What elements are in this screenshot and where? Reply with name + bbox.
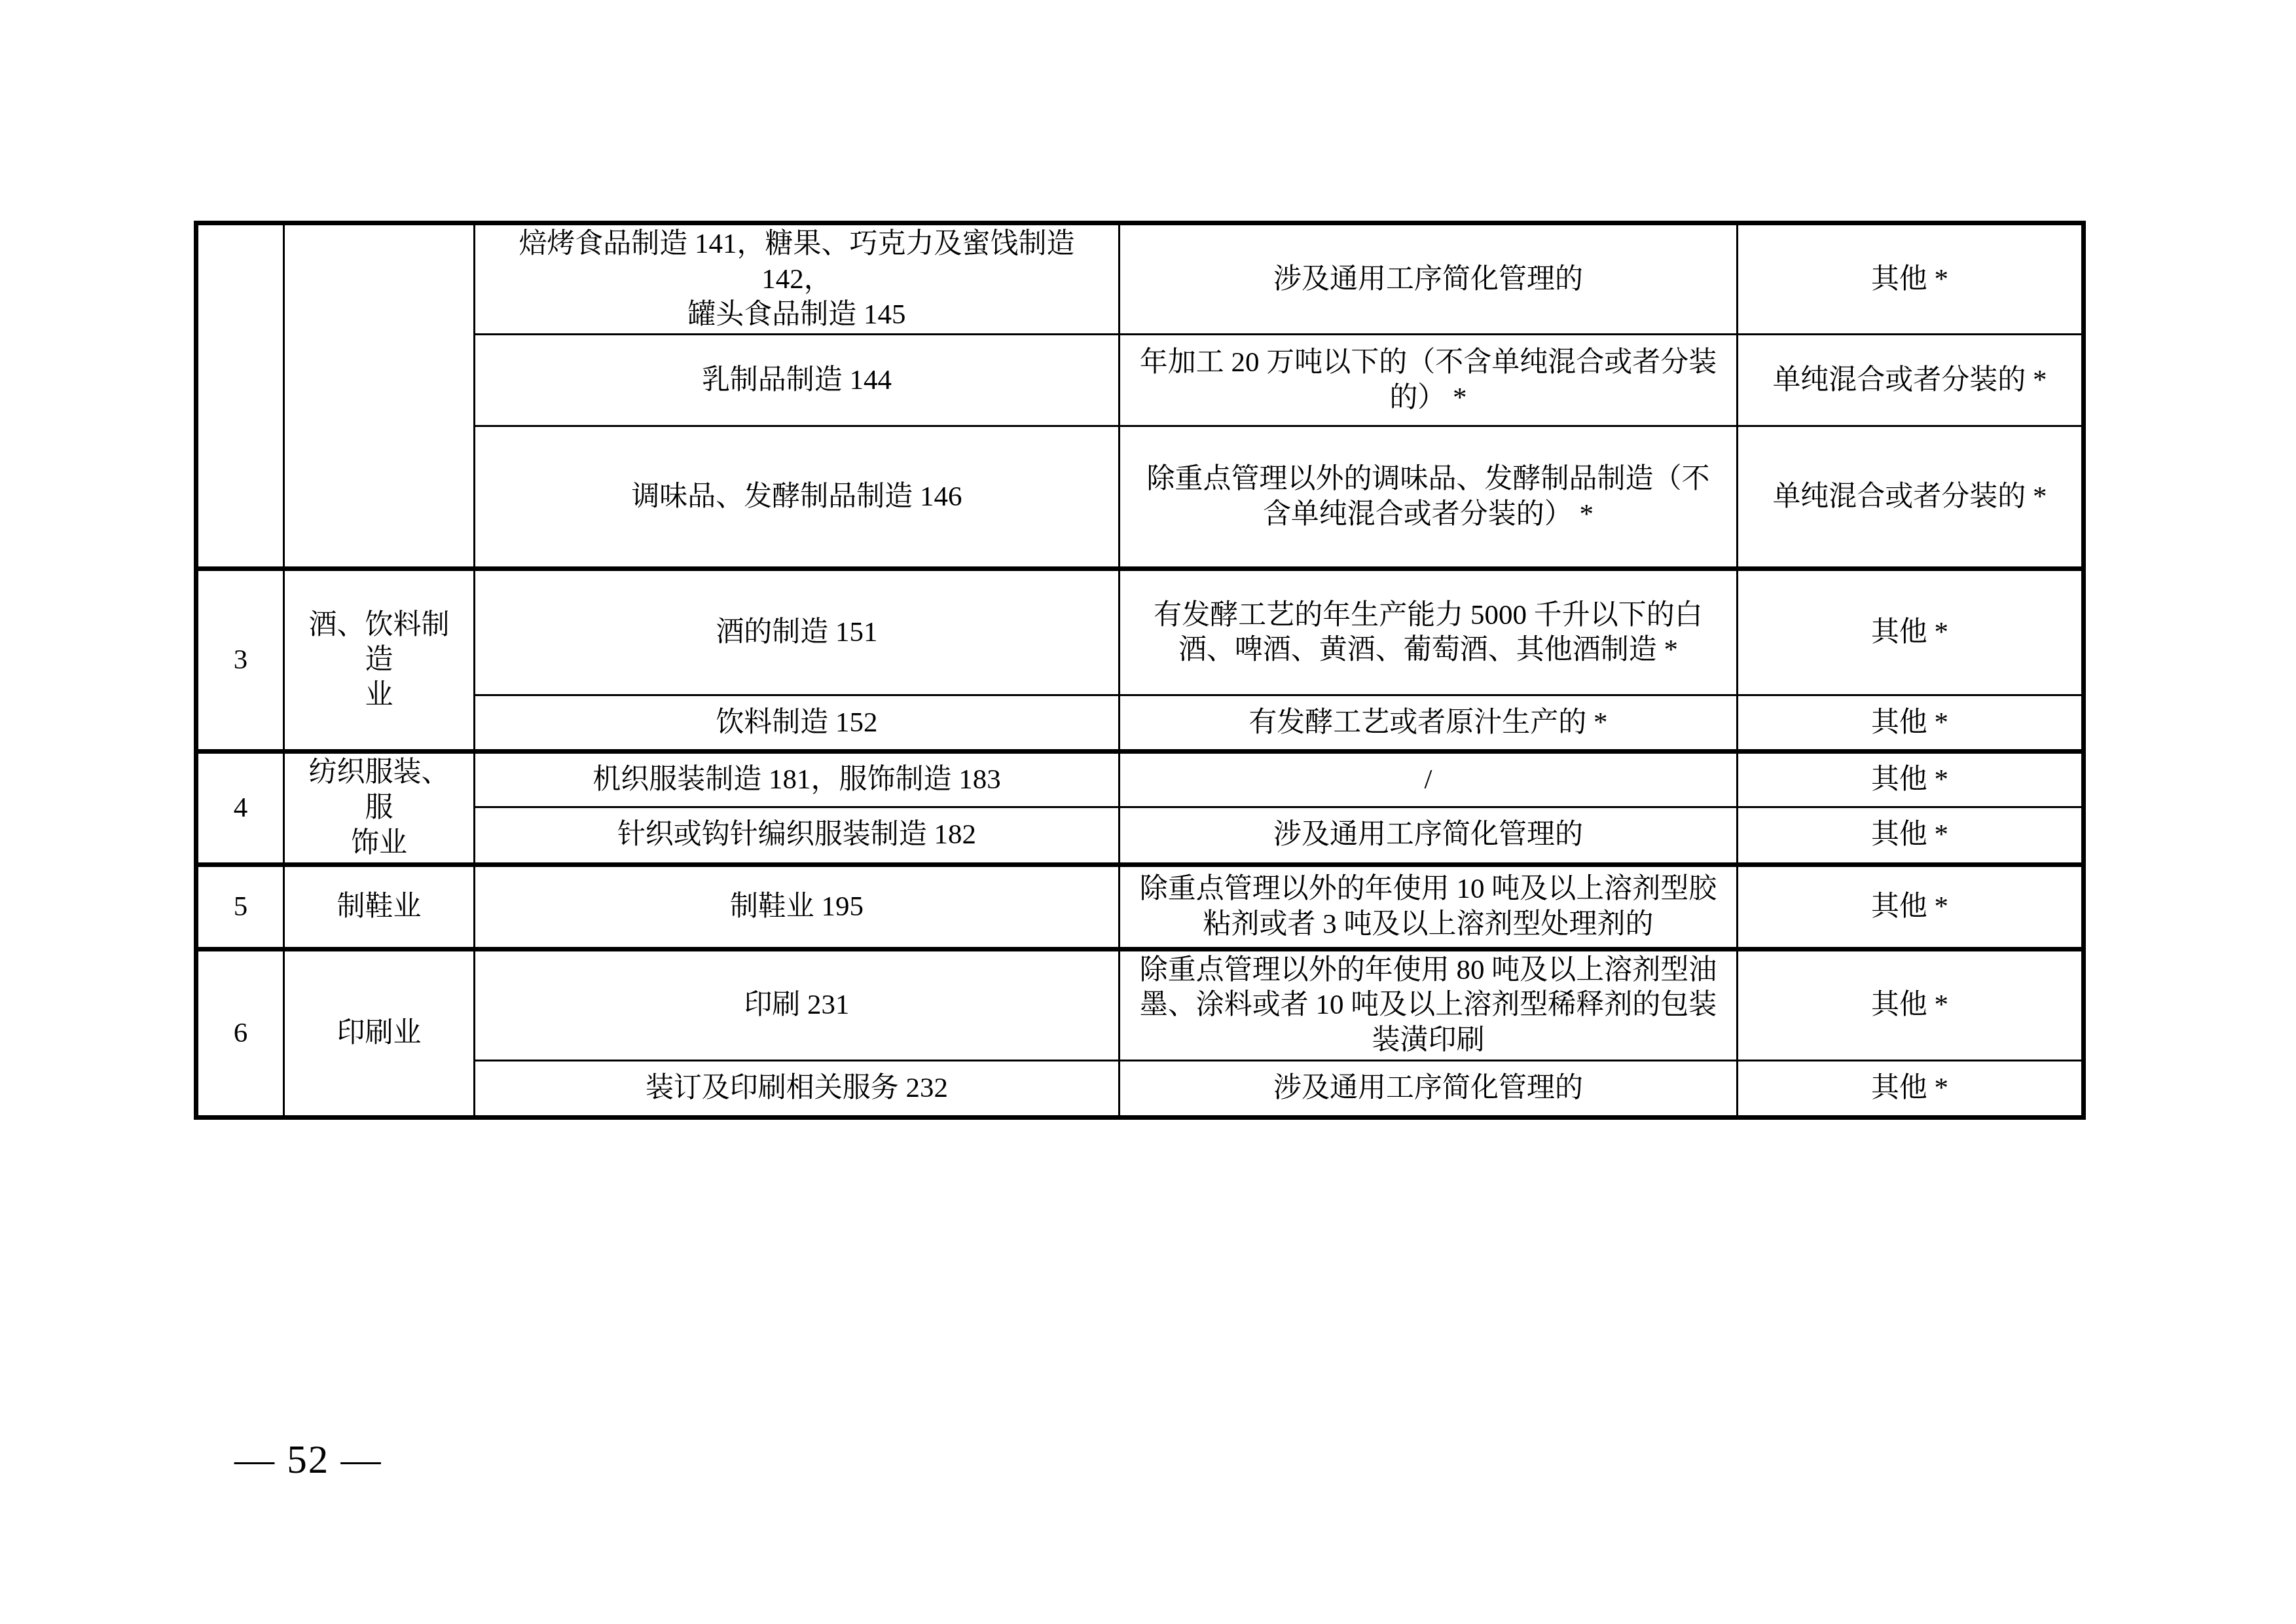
sub-industry-cell: 调味品、发酵制品制造 146	[475, 426, 1120, 569]
condition-cell: 除重点管理以外的年使用 10 吨及以上溶剂型胶 粘剂或者 3 吨及以上溶剂型处理…	[1120, 864, 1738, 949]
document-page: 焙烤食品制造 141，糖果、巧克力及蜜饯制造 142， 罐头食品制造 145 涉…	[0, 0, 2296, 1624]
seq-cell	[196, 223, 284, 569]
condition-cell: 涉及通用工序简化管理的	[1120, 807, 1738, 864]
table-row: 5 制鞋业 制鞋业 195 除重点管理以外的年使用 10 吨及以上溶剂型胶 粘剂…	[196, 864, 2084, 949]
sub-industry-cell: 印刷 231	[475, 949, 1120, 1060]
table-row: 4 纺织服装、服 饰业 机织服装制造 181，服饰制造 183 / 其他 *	[196, 752, 2084, 807]
table-row: 针织或钩针编织服装制造 182 涉及通用工序简化管理的 其他 *	[196, 807, 2084, 864]
industry-cell: 制鞋业	[284, 864, 475, 949]
table-row: 饮料制造 152 有发酵工艺或者原汁生产的 * 其他 *	[196, 695, 2084, 752]
table-row: 3 酒、饮料制造 业 酒的制造 151 有发酵工艺的年生产能力 5000 千升以…	[196, 569, 2084, 695]
condition-cell: 有发酵工艺或者原汁生产的 *	[1120, 695, 1738, 752]
category-cell: 其他 *	[1738, 695, 2084, 752]
condition-cell: 年加工 20 万吨以下的（不含单纯混合或者分装 的） *	[1120, 335, 1738, 426]
category-cell: 其他 *	[1738, 752, 2084, 807]
condition-cell: 涉及通用工序简化管理的	[1120, 1060, 1738, 1117]
table-row: 6 印刷业 印刷 231 除重点管理以外的年使用 80 吨及以上溶剂型油 墨、涂…	[196, 949, 2084, 1060]
industry-cell: 纺织服装、服 饰业	[284, 752, 475, 864]
category-cell: 其他 *	[1738, 949, 2084, 1060]
industry-cell: 酒、饮料制造 业	[284, 569, 475, 752]
category-cell: 其他 *	[1738, 1060, 2084, 1117]
table-row: 调味品、发酵制品制造 146 除重点管理以外的调味品、发酵制品制造（不 含单纯混…	[196, 426, 2084, 569]
sub-industry-cell: 装订及印刷相关服务 232	[475, 1060, 1120, 1117]
table-row: 焙烤食品制造 141，糖果、巧克力及蜜饯制造 142， 罐头食品制造 145 涉…	[196, 223, 2084, 335]
table-row: 乳制品制造 144 年加工 20 万吨以下的（不含单纯混合或者分装 的） * 单…	[196, 335, 2084, 426]
sub-industry-cell: 饮料制造 152	[475, 695, 1120, 752]
condition-cell: 除重点管理以外的调味品、发酵制品制造（不 含单纯混合或者分装的） *	[1120, 426, 1738, 569]
seq-cell: 3	[196, 569, 284, 752]
category-cell: 单纯混合或者分装的 *	[1738, 335, 2084, 426]
seq-cell: 5	[196, 864, 284, 949]
sub-industry-cell: 焙烤食品制造 141，糖果、巧克力及蜜饯制造 142， 罐头食品制造 145	[475, 223, 1120, 335]
sub-industry-cell: 机织服装制造 181，服饰制造 183	[475, 752, 1120, 807]
category-cell: 单纯混合或者分装的 *	[1738, 426, 2084, 569]
condition-cell: 有发酵工艺的年生产能力 5000 千升以下的白 酒、啤酒、黄酒、葡萄酒、其他酒制…	[1120, 569, 1738, 695]
page-number: — 52 —	[234, 1438, 382, 1482]
seq-cell: 4	[196, 752, 284, 864]
category-cell: 其他 *	[1738, 569, 2084, 695]
category-cell: 其他 *	[1738, 807, 2084, 864]
category-cell: 其他 *	[1738, 864, 2084, 949]
sub-industry-cell: 针织或钩针编织服装制造 182	[475, 807, 1120, 864]
category-cell: 其他 *	[1738, 223, 2084, 335]
condition-cell: /	[1120, 752, 1738, 807]
sub-industry-cell: 制鞋业 195	[475, 864, 1120, 949]
sub-industry-cell: 乳制品制造 144	[475, 335, 1120, 426]
seq-cell: 6	[196, 949, 284, 1117]
industry-cell	[284, 223, 475, 569]
industry-cell: 印刷业	[284, 949, 475, 1117]
condition-cell: 涉及通用工序简化管理的	[1120, 223, 1738, 335]
sub-industry-cell: 酒的制造 151	[475, 569, 1120, 695]
condition-cell: 除重点管理以外的年使用 80 吨及以上溶剂型油 墨、涂料或者 10 吨及以上溶剂…	[1120, 949, 1738, 1060]
table-row: 装订及印刷相关服务 232 涉及通用工序简化管理的 其他 *	[196, 1060, 2084, 1117]
classification-table: 焙烤食品制造 141，糖果、巧克力及蜜饯制造 142， 罐头食品制造 145 涉…	[194, 221, 2086, 1120]
